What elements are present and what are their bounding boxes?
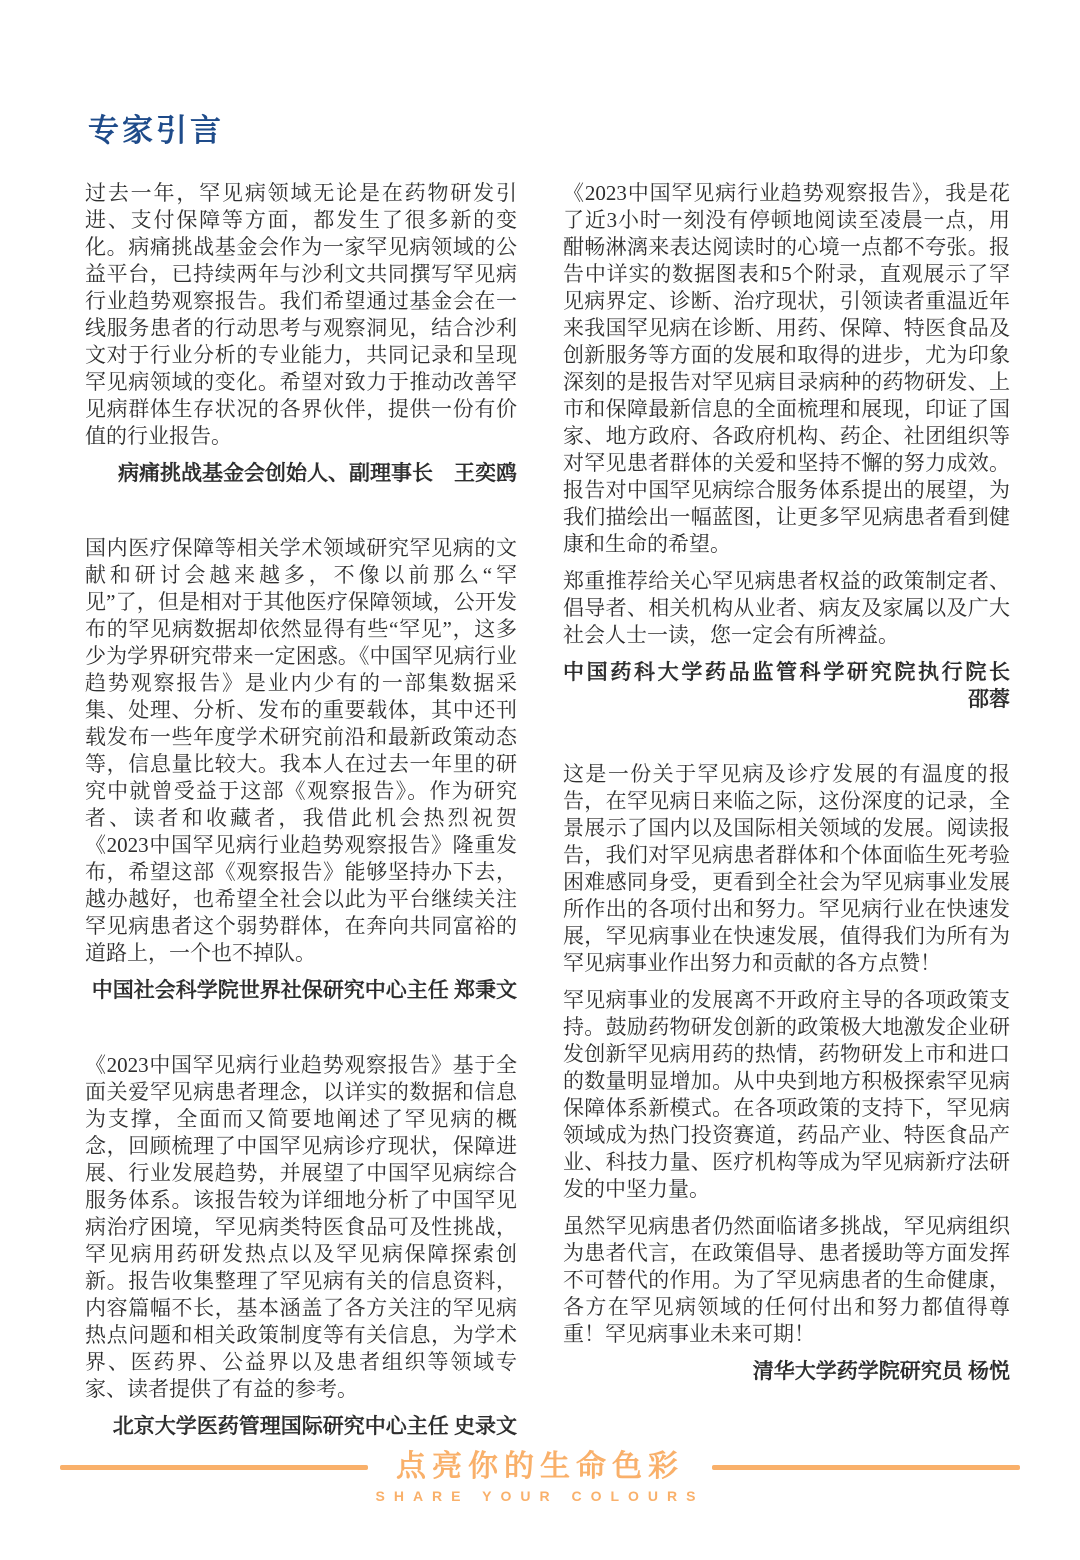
signature-title: 中国药科大学药品监管科学研究院执行院长 [563, 659, 1010, 686]
footer-slogan-en: SHARE YOUR COLOURS [376, 1488, 705, 1504]
signature: 清华大学药学院研究员 杨悦 [563, 1358, 1010, 1385]
expert-quote-section: 这是一份关于罕见病及诊疗发展的有温度的报告，在罕见病日来临之际，这份深度的记录，… [563, 761, 1010, 977]
page-title: 专家引言 [88, 105, 224, 150]
paragraph: 过去一年，罕见病领域无论是在药物研发引进、支付保障等方面，都发生了很多新的变化。… [85, 180, 517, 450]
paragraph: 罕见病事业的发展离不开政府主导的各项政策支持。鼓励药物研发创新的政策极大地激发企… [563, 987, 1010, 1203]
paragraph: 虽然罕见病患者仍然面临诸多挑战，罕见病组织为患者代言，在政策倡导、患者援助等方面… [563, 1213, 1010, 1348]
paragraph: 《2023中国罕见病行业趋势观察报告》基于全面关爱罕见病患者理念，以详实的数据和… [85, 1052, 517, 1403]
signature-name: 邵蓉 [563, 686, 1010, 713]
expert-quote-section: 虽然罕见病患者仍然面临诸多挑战，罕见病组织为患者代言，在政策倡导、患者援助等方面… [563, 1213, 1010, 1385]
paragraph: 《2023中国罕见病行业趋势观察报告》，我是花了近3小时一刻没有停顿地阅读至凌晨… [563, 180, 1010, 558]
divider-line-left [60, 1465, 368, 1470]
expert-quote-section: 《2023中国罕见病行业趋势观察报告》基于全面关爱罕见病患者理念，以详实的数据和… [85, 1052, 517, 1440]
signature: 中国社会科学院世界社保研究中心主任 郑秉文 [85, 977, 517, 1004]
footer-slogan-cn: 点亮你的生命色彩 [376, 1441, 705, 1485]
paragraph: 郑重推荐给关心罕见病患者权益的政策制定者、倡导者、相关机构从业者、病友及家属以及… [563, 568, 1010, 649]
expert-quote-section: 过去一年，罕见病领域无论是在药物研发引进、支付保障等方面，都发生了很多新的变化。… [85, 180, 517, 487]
footer-slogan-text: 点亮你的生命色彩 SHARE YOUR COLOURS [376, 1441, 705, 1504]
divider-line-right [712, 1465, 1020, 1470]
signature: 北京大学医药管理国际研究中心主任 史录文 [85, 1413, 517, 1440]
signature: 病痛挑战基金会创始人、副理事长 王奕鸥 [85, 460, 517, 487]
left-column: 过去一年，罕见病领域无论是在药物研发引进、支付保障等方面，都发生了很多新的变化。… [85, 180, 517, 1440]
expert-quote-section: 《2023中国罕见病行业趋势观察报告》，我是花了近3小时一刻没有停顿地阅读至凌晨… [563, 180, 1010, 713]
expert-quote-section: 罕见病事业的发展离不开政府主导的各项政策支持。鼓励药物研发创新的政策极大地激发企… [563, 987, 1010, 1203]
paragraph: 这是一份关于罕见病及诊疗发展的有温度的报告，在罕见病日来临之际，这份深度的记录，… [563, 761, 1010, 977]
paragraph: 国内医疗保障等相关学术领域研究罕见病的文献和研讨会越来越多，不像以前那么“罕见”… [85, 535, 517, 967]
footer-slogan: 点亮你的生命色彩 SHARE YOUR COLOURS [0, 1441, 1080, 1504]
expert-quote-section: 国内医疗保障等相关学术领域研究罕见病的文献和研讨会越来越多，不像以前那么“罕见”… [85, 535, 517, 1004]
right-column: 《2023中国罕见病行业趋势观察报告》，我是花了近3小时一刻没有停顿地阅读至凌晨… [563, 180, 1010, 1385]
